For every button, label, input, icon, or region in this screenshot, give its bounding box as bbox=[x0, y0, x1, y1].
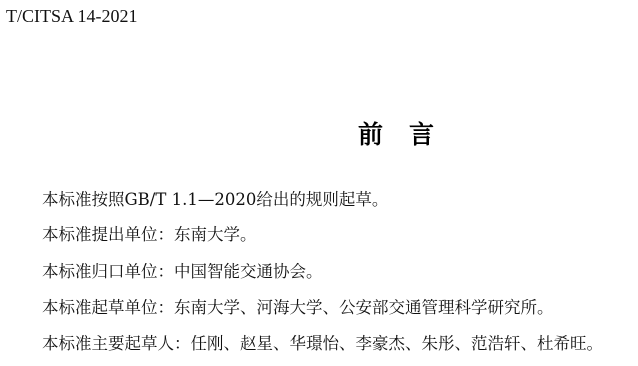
paragraph-responsible-unit: 本标准归口单位：中国智能交通协会。 bbox=[42, 262, 323, 282]
paragraph-drafting-rules: 本标准按照GB/T 1.1—2020给出的规则起草。 bbox=[42, 190, 388, 210]
paragraph-main-drafters: 本标准主要起草人：任刚、赵星、华璟怡、李豪杰、朱彤、范浩轩、杜希旺。 bbox=[42, 334, 603, 354]
paragraph-drafting-units: 本标准起草单位：东南大学、河海大学、公安部交通管理科学研究所。 bbox=[42, 298, 554, 318]
standard-code: T/CITSA 14-2021 bbox=[6, 6, 138, 26]
section-title-foreword: 前言 bbox=[358, 120, 460, 150]
paragraph-proposing-unit: 本标准提出单位：东南大学。 bbox=[42, 225, 257, 245]
